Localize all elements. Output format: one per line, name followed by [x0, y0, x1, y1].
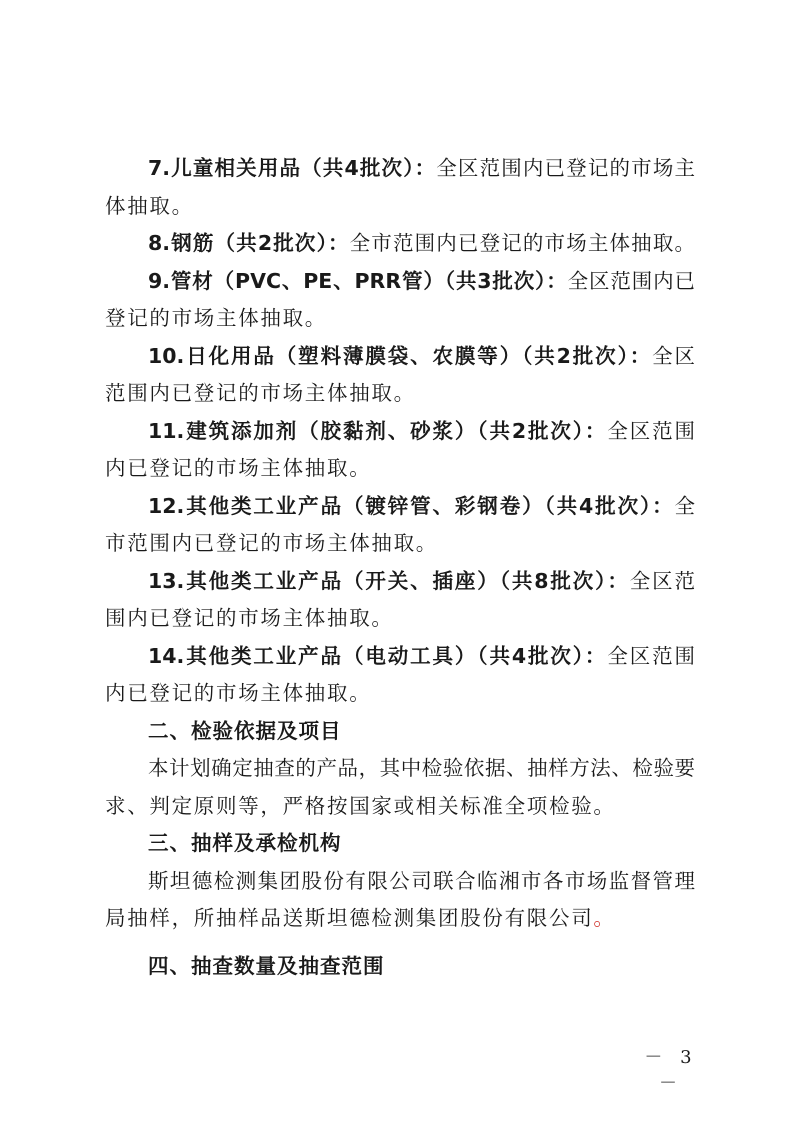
item-10-line-1: 10.日化用品（塑料薄膜袋、农膜等）（共2批次）：全区: [148, 341, 695, 371]
item-14-line-1: 14.其他类工业产品（电动工具）（共4批次）：全区范围: [148, 641, 695, 671]
item-12-text: 全: [675, 494, 696, 518]
document-page: 7.儿童相关用品（共4批次）：全区范围内已登记的市场主 体抽取。 8.钢筋（共2…: [0, 0, 793, 1122]
section-4-heading: 四、抽查数量及抽查范围: [148, 951, 695, 981]
item-9-line-2: 登记的市场主体抽取。: [105, 303, 695, 333]
section-2-heading: 二、检验依据及项目: [148, 716, 695, 746]
item-12-line-1: 12.其他类工业产品（镀锌管、彩钢卷）（共4批次）：全: [148, 491, 695, 521]
item-14-line-2: 内已登记的市场主体抽取。: [105, 678, 695, 708]
item-7-line-2: 体抽取。: [105, 191, 695, 221]
item-9-line-1: 9.管材（PVC、PE、PRR管）（共3批次）：全区范围内已: [148, 266, 695, 296]
item-13-text: 全区范: [630, 569, 695, 593]
section-3-line-2-text: 局抽样，所抽样品送斯坦德检测集团股份有限公司: [105, 906, 593, 930]
item-10-label: 10.日化用品（塑料薄膜袋、农膜等）（共2批次）：: [148, 344, 652, 368]
item-11-line-2: 内已登记的市场主体抽取。: [105, 453, 695, 483]
page-number: － 3 －: [636, 1043, 706, 1095]
section-3-heading: 三、抽样及承检机构: [148, 828, 695, 858]
item-8-text: 全市范围内已登记的市场主体抽取。: [350, 231, 695, 255]
item-11-label: 11.建筑添加剂（胶黏剂、砂浆）（共2批次）：: [148, 419, 607, 443]
item-13-label: 13.其他类工业产品（开关、插座）（共8批次）：: [148, 569, 630, 593]
item-8-label: 8.钢筋（共2批次）：: [148, 231, 350, 255]
section-3-line-2: 局抽样，所抽样品送斯坦德检测集团股份有限公司。: [105, 903, 695, 933]
item-14-label: 14.其他类工业产品（电动工具）（共4批次）：: [148, 644, 607, 668]
item-7-label: 7.儿童相关用品（共4批次）：: [148, 156, 436, 180]
item-11-text: 全区范围: [607, 419, 695, 443]
item-11-line-1: 11.建筑添加剂（胶黏剂、砂浆）（共2批次）：全区范围: [148, 416, 695, 446]
item-10-text: 全区: [652, 344, 695, 368]
item-14-text: 全区范围: [607, 644, 695, 668]
section-3-line-1: 斯坦德检测集团股份有限公司联合临湘市各市场监督管理: [148, 866, 695, 896]
item-13-line-2: 围内已登记的市场主体抽取。: [105, 603, 695, 633]
red-period: 。: [593, 906, 615, 930]
section-2-line-1: 本计划确定抽查的产品，其中检验依据、抽样方法、检验要: [148, 753, 695, 783]
item-8-line-1: 8.钢筋（共2批次）：全市范围内已登记的市场主体抽取。: [148, 228, 695, 258]
item-9-label: 9.管材（PVC、PE、PRR管）（共3批次）：: [148, 269, 568, 293]
section-2-line-2: 求、判定原则等，严格按国家或相关标准全项检验。: [105, 791, 695, 821]
item-7-text: 全区范围内已登记的市场主: [436, 156, 695, 180]
item-13-line-1: 13.其他类工业产品（开关、插座）（共8批次）：全区范: [148, 566, 695, 596]
item-12-label: 12.其他类工业产品（镀锌管、彩钢卷）（共4批次）：: [148, 494, 675, 518]
item-9-text: 全区范围内已: [568, 269, 695, 293]
item-7-line-1: 7.儿童相关用品（共4批次）：全区范围内已登记的市场主: [148, 153, 695, 183]
item-12-line-2: 市范围内已登记的市场主体抽取。: [105, 528, 695, 558]
item-10-line-2: 范围内已登记的市场主体抽取。: [105, 378, 695, 408]
